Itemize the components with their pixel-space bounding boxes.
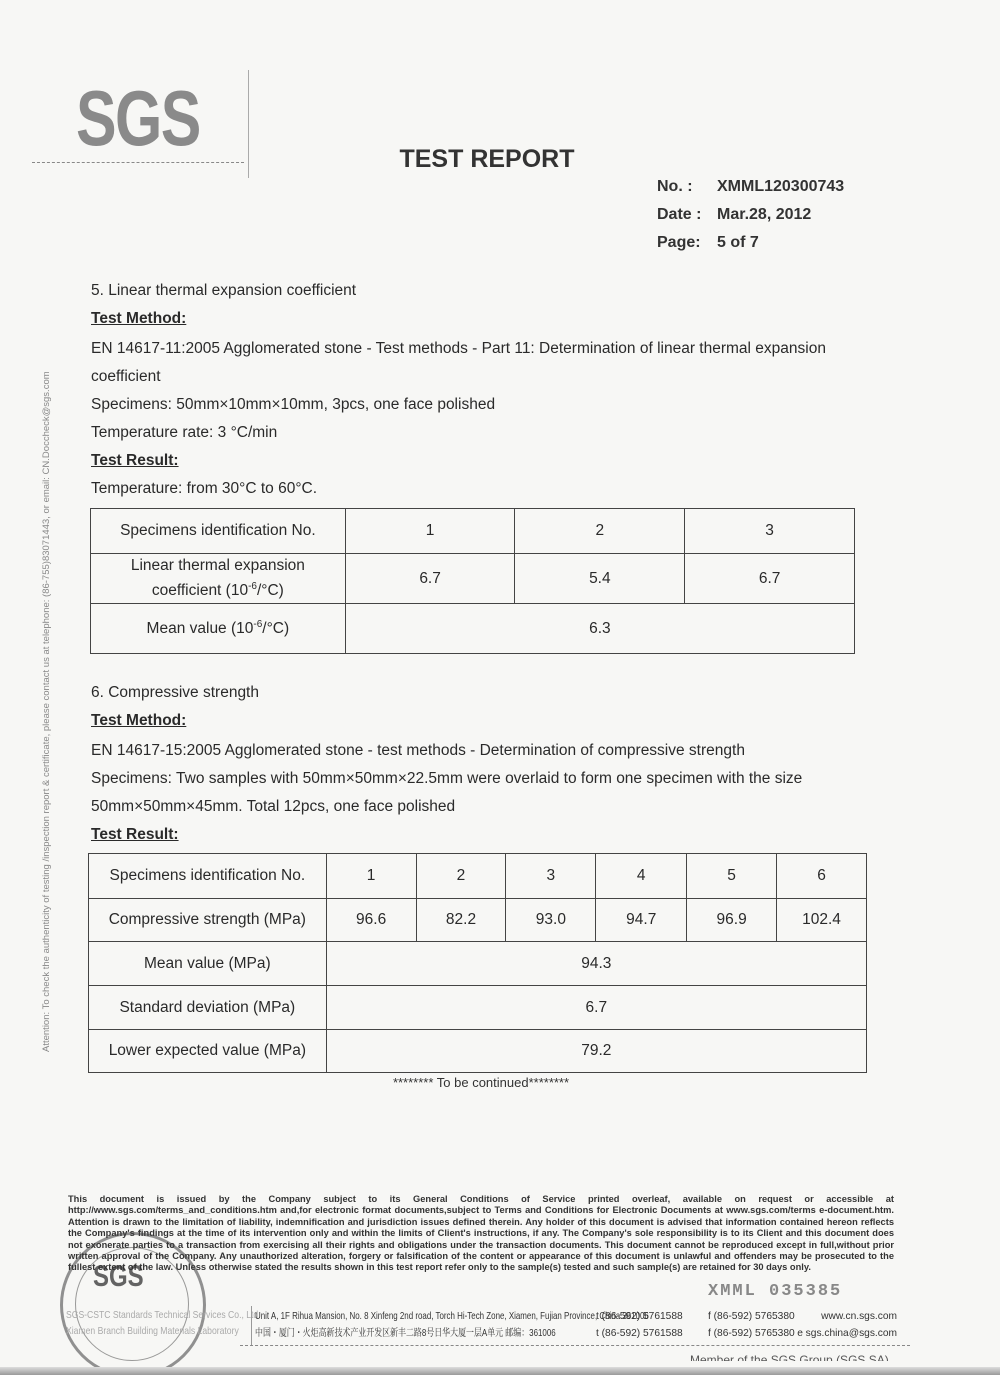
- tel-line: t (86-592) 5761588: [596, 1325, 683, 1342]
- report-meta: No. : XMML120300743 Date : Mar.28, 2012 …: [657, 176, 844, 260]
- section-heading: 5. Linear thermal expansion coefficient: [91, 280, 891, 308]
- method-line: Specimens: 50mm×10mm×10mm, 3pcs, one fac…: [91, 394, 891, 422]
- address-chinese: 中国・厦门・火炬高新技术产业开发区新丰二路8号日华大厦一层A单元 邮编：3610…: [255, 1325, 649, 1342]
- address-english: Unit A, 1F Rihua Mansion, No. 8 Xinfeng …: [255, 1308, 649, 1325]
- method-line: coefficient: [91, 366, 891, 394]
- email-link[interactable]: e sgs.china@sgs.com: [780, 1325, 897, 1342]
- telephone: t (86-592) 5761588 t (86-592) 5761588: [596, 1308, 683, 1342]
- table-row: Lower expected value (MPa) 79.2: [89, 1030, 867, 1073]
- company-seal-stamp: SGS: [60, 1232, 206, 1375]
- report-title: TEST REPORT: [0, 145, 974, 174]
- meta-label: Date :: [657, 204, 717, 232]
- test-method-label: Test Method:: [91, 310, 186, 327]
- method-line: 50mm×50mm×45mm. Total 12pcs, one face po…: [91, 796, 891, 824]
- table-cell: 96.6: [326, 899, 416, 942]
- table-row: Compressive strength (MPa) 96.6 82.2 93.…: [89, 899, 867, 942]
- row-label: Mean value (MPa): [89, 942, 327, 986]
- table-cell: 2: [416, 854, 506, 899]
- company-name: SGS-CSTC Standards Technical Services Co…: [66, 1307, 261, 1339]
- meta-value: 5 of 7: [717, 232, 759, 260]
- legal-text: This document is issued by the Company s…: [68, 1194, 894, 1204]
- table-cell: 3: [685, 509, 855, 554]
- meta-value: XMML120300743: [717, 176, 844, 204]
- company-line: Xiamen Branch Building Materials Laborat…: [66, 1323, 261, 1339]
- website-link[interactable]: www.cn.sgs.com: [800, 1308, 897, 1325]
- company-address: Unit A, 1F Rihua Mansion, No. 8 Xinfeng …: [255, 1308, 649, 1342]
- table-cell: 1: [345, 509, 515, 554]
- table-cell: 5.4: [515, 554, 685, 604]
- serial-number: XMML 035385: [708, 1282, 842, 1301]
- test-method-label: Test Method:: [91, 712, 186, 729]
- label-text: Linear thermal expansion: [131, 557, 305, 574]
- section-thermal-expansion: 5. Linear thermal expansion coefficient …: [91, 280, 891, 506]
- table-cell: 3: [506, 854, 596, 899]
- footer-rule: [240, 1345, 910, 1346]
- row-label: Specimens identification No.: [91, 509, 346, 554]
- company-line: SGS-CSTC Standards Technical Services Co…: [66, 1307, 261, 1323]
- report-number: No. : XMML120300743: [657, 176, 844, 204]
- table-row: Specimens identification No. 1 2 3: [91, 509, 855, 554]
- table-cell: 6.7: [326, 986, 866, 1030]
- table-row: Linear thermal expansion coefficient (10…: [91, 554, 855, 604]
- row-label: Mean value (10-6/°C): [91, 604, 346, 654]
- table-cell: 94.3: [326, 942, 866, 986]
- table-cell: 1: [326, 854, 416, 899]
- to-be-continued: ******** To be continued********: [0, 1075, 962, 1090]
- row-label: Specimens identification No.: [89, 854, 327, 899]
- label-exponent: -6: [248, 581, 257, 592]
- table-cell: 6: [777, 854, 867, 899]
- table-row: Specimens identification No. 1 2 3 4 5 6: [89, 854, 867, 899]
- label-exponent: -6: [253, 619, 262, 630]
- authenticity-note: Attention: To check the authenticity of …: [41, 232, 52, 1052]
- row-label: Standard deviation (MPa): [89, 986, 327, 1030]
- table-cell: 94.7: [596, 899, 687, 942]
- label-text: Mean value (10: [147, 620, 254, 637]
- label-text: /°C): [257, 583, 284, 600]
- test-result-label: Test Result:: [91, 452, 179, 469]
- method-line: Temperature rate: 3 °C/min: [91, 422, 891, 450]
- meta-value: Mar.28, 2012: [717, 204, 811, 232]
- meta-label: No. :: [657, 176, 717, 204]
- legal-text: and,for electronic format documents,subj…: [277, 1205, 726, 1215]
- footer-divider: [251, 1306, 252, 1346]
- web-contact: www.cn.sgs.com e sgs.china@sgs.com: [800, 1308, 897, 1342]
- table-cell: 79.2: [326, 1030, 866, 1073]
- table-cell: 96.9: [687, 899, 777, 942]
- page-edge: [0, 1367, 1000, 1375]
- method-line: EN 14617-15:2005 Agglomerated stone - te…: [91, 740, 891, 768]
- meta-label: Page:: [657, 232, 717, 260]
- table-row: Mean value (10-6/°C) 6.3: [91, 604, 855, 654]
- result-note: Temperature: from 30°C to 60°C.: [91, 478, 891, 506]
- table-cell: 6.7: [685, 554, 855, 604]
- method-line: EN 14617-11:2005 Agglomerated stone - Te…: [91, 338, 891, 366]
- section-compressive-strength: 6. Compressive strength Test Method: EN …: [91, 682, 891, 852]
- row-label: Lower expected value (MPa): [89, 1030, 327, 1073]
- table-cell: 6.3: [345, 604, 854, 654]
- label-text: coefficient (10: [152, 583, 248, 600]
- sgs-group-membership: Member of the SGS Group (SGS SA): [690, 1353, 889, 1361]
- row-label: Linear thermal expansion coefficient (10…: [91, 554, 346, 604]
- row-label: Compressive strength (MPa): [89, 899, 327, 942]
- table-cell: 93.0: [506, 899, 596, 942]
- table-cell: 4: [596, 854, 687, 899]
- report-date: Date : Mar.28, 2012: [657, 204, 844, 232]
- report-page: Page: 5 of 7: [657, 232, 844, 260]
- table-row: Mean value (MPa) 94.3: [89, 942, 867, 986]
- tel-line: t (86-592) 5761588: [596, 1308, 683, 1325]
- table-row: Standard deviation (MPa) 6.7: [89, 986, 867, 1030]
- method-line: Specimens: Two samples with 50mm×50mm×22…: [91, 768, 891, 796]
- compressive-strength-table: Specimens identification No. 1 2 3 4 5 6…: [88, 853, 867, 1073]
- test-result-label: Test Result:: [91, 826, 179, 843]
- table-cell: 102.4: [777, 899, 867, 942]
- fax-line: f (86-592) 5765380: [708, 1308, 795, 1325]
- terms-link[interactable]: http://www.sgs.com/terms_and_conditions.…: [68, 1205, 277, 1215]
- table-cell: 5: [687, 854, 777, 899]
- table-cell: 2: [515, 509, 685, 554]
- stamp-logo: SGS: [93, 1260, 144, 1294]
- table-cell: 82.2: [416, 899, 506, 942]
- e-document-terms-link[interactable]: www.sgs.com/terms e-document.htm.: [726, 1205, 894, 1215]
- thermal-expansion-table: Specimens identification No. 1 2 3 Linea…: [90, 508, 855, 654]
- section-heading: 6. Compressive strength: [91, 682, 891, 710]
- table-cell: 6.7: [345, 554, 515, 604]
- label-text: /°C): [262, 620, 289, 637]
